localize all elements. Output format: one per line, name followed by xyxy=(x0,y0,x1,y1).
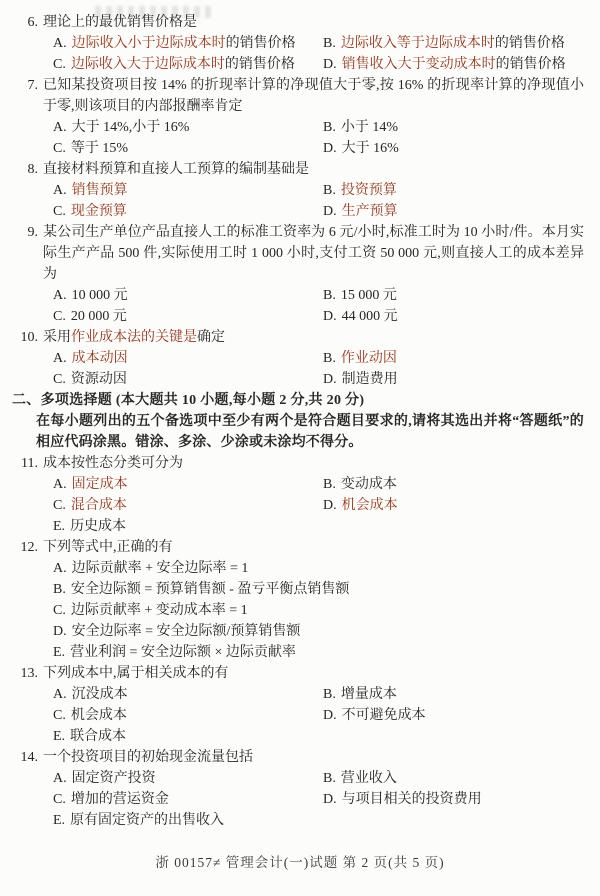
question-stem: 采用作业成本法的关键是确定 xyxy=(43,327,584,348)
stem-segment: 采用 xyxy=(43,330,71,345)
question-body: 一个投资项目的初始现金流量包括A.固定资产投资B.营业收入C.增加的营运资金D.… xyxy=(43,747,584,831)
option-text: 机会成本 xyxy=(342,498,398,513)
option-label: D. xyxy=(323,309,337,324)
option-text: 混合成本 xyxy=(71,498,127,513)
question-number: 9. xyxy=(12,222,43,243)
question-number: 10. xyxy=(12,327,43,348)
option-text: 的销售价格 xyxy=(496,57,566,72)
option-text: 44 000 元 xyxy=(342,309,398,324)
option-label: D. xyxy=(323,498,337,513)
option-text: 变动成本 xyxy=(341,477,397,492)
option-text: 边际贡献率 + 安全边际率 = 1 xyxy=(72,561,249,576)
option: D.安全边际率 = 安全边际额/预算销售额 xyxy=(53,621,584,642)
option: C.20 000 元 xyxy=(53,306,323,327)
option-text: 增量成本 xyxy=(341,687,397,702)
page-footer: 浙 00157≠ 管理会计(一)试题 第 2 页(共 5 页) xyxy=(0,852,600,873)
stem-segment: 一个投资项目的初始现金流量包括 xyxy=(43,750,253,765)
stem-segment: 成本按性态分类可分为 xyxy=(43,456,183,471)
option-text: 营业利润 = 安全边际额 × 边际贡献率 xyxy=(70,645,296,660)
option-label: A. xyxy=(53,771,67,786)
option-label: E. xyxy=(53,645,65,660)
exam-page: 6.理论上的最优销售价格是A.边际收入小于边际成本时的销售价格B.边际收入等于边… xyxy=(0,0,600,896)
option: D.制造费用 xyxy=(323,369,584,390)
option-text: 沉没成本 xyxy=(72,687,128,702)
option-label: A. xyxy=(53,183,67,198)
option-label: A. xyxy=(53,561,67,576)
option-text: 资源动因 xyxy=(71,372,127,387)
option: C.边际收入大于边际成本时的销售价格 xyxy=(53,54,323,75)
question-number: 8. xyxy=(12,159,43,180)
option: A.大于 14%,小于 16% xyxy=(53,117,323,138)
options-grid: A.固定成本B.变动成本C.混合成本D.机会成本E.历史成本 xyxy=(43,474,584,537)
option-text: 联合成本 xyxy=(70,729,126,744)
option: C.混合成本 xyxy=(53,495,323,516)
option: A.10 000 元 xyxy=(53,285,323,306)
question-stem: 直接材料预算和直接人工预算的编制基础是 xyxy=(43,159,584,180)
option-text: 不可避免成本 xyxy=(342,708,426,723)
question-number: 14. xyxy=(12,747,43,768)
question-stem: 下列等式中,正确的有 xyxy=(43,537,584,558)
option-text: 边际贡献率 + 变动成本率 = 1 xyxy=(71,603,248,618)
stem-segment: 下列成本中,属于相关成本的有 xyxy=(43,666,229,681)
option: C.资源动因 xyxy=(53,369,323,390)
option: E.联合成本 xyxy=(53,726,323,747)
option-text: 现金预算 xyxy=(71,204,127,219)
option-label: A. xyxy=(53,288,67,303)
option: D.机会成本 xyxy=(323,495,584,516)
option: A.成本动因 xyxy=(53,348,323,369)
question-stem: 成本按性态分类可分为 xyxy=(43,453,584,474)
option: A.固定资产投资 xyxy=(53,768,323,789)
option-text: 原有固定资产的出售收入 xyxy=(70,813,224,828)
option: A.边际贡献率 + 安全边际率 = 1 xyxy=(53,558,584,579)
option: E.原有固定资产的出售收入 xyxy=(53,810,323,831)
question-block: 9.某公司生产单位产品直接人工的标准工资率为 6 元/小时,标准工时为 10 小… xyxy=(12,222,584,327)
option: A.沉没成本 xyxy=(53,684,323,705)
option-text: 小于 14% xyxy=(341,120,398,135)
stem-segment: 确定 xyxy=(197,330,225,345)
question-stem: 某公司生产单位产品直接人工的标准工资率为 6 元/小时,标准工时为 10 小时/… xyxy=(43,222,584,285)
stem-segment: 已知某投资项目按 14% 的折现率计算的净现值大于零,按 16% 的折现率计算的… xyxy=(43,78,584,114)
question-number: 12. xyxy=(12,537,43,558)
option-text: 边际收入小于边际成本时 xyxy=(72,36,226,51)
question-body: 成本按性态分类可分为A.固定成本B.变动成本C.混合成本D.机会成本E.历史成本 xyxy=(43,453,584,537)
option: C.现金预算 xyxy=(53,201,323,222)
option-text: 制造费用 xyxy=(342,372,398,387)
option: D.销售收入大于变动成本时的销售价格 xyxy=(323,54,584,75)
option-text: 营业收入 xyxy=(341,771,397,786)
option-label: B. xyxy=(323,36,336,51)
option: B.边际收入等于边际成本时的销售价格 xyxy=(323,33,584,54)
option-text: 作业动因 xyxy=(341,351,397,366)
question-number: 11. xyxy=(12,453,43,474)
question-body: 某公司生产单位产品直接人工的标准工资率为 6 元/小时,标准工时为 10 小时/… xyxy=(43,222,584,327)
option-label: C. xyxy=(53,141,66,156)
option-label: D. xyxy=(323,708,337,723)
question-block: 10.采用作业成本法的关键是确定A.成本动因B.作业动因C.资源动因D.制造费用 xyxy=(12,327,584,390)
section-heading: 二、多项选择题 (本大题共 10 小题,每小题 2 分,共 20 分) xyxy=(12,390,584,411)
option-text: 的销售价格 xyxy=(495,36,565,51)
question-stem: 已知某投资项目按 14% 的折现率计算的净现值大于零,按 16% 的折现率计算的… xyxy=(43,75,584,117)
option-label: B. xyxy=(323,771,336,786)
option-text: 与项目相关的投资费用 xyxy=(342,792,482,807)
options-grid: A.边际收入小于边际成本时的销售价格B.边际收入等于边际成本时的销售价格C.边际… xyxy=(43,33,584,75)
option: B.小于 14% xyxy=(323,117,584,138)
option-label: B. xyxy=(323,351,336,366)
option: A.边际收入小于边际成本时的销售价格 xyxy=(53,33,323,54)
option: C.增加的营运资金 xyxy=(53,789,323,810)
option-label: A. xyxy=(53,36,67,51)
option: B.15 000 元 xyxy=(323,285,584,306)
question-block: 7.已知某投资项目按 14% 的折现率计算的净现值大于零,按 16% 的折现率计… xyxy=(12,75,584,159)
option-label: C. xyxy=(53,372,66,387)
option-label: B. xyxy=(323,477,336,492)
option-label: C. xyxy=(53,309,66,324)
option-label: D. xyxy=(323,204,337,219)
options-grid: A.销售预算B.投资预算C.现金预算D.生产预算 xyxy=(43,180,584,222)
option-label: E. xyxy=(53,519,65,534)
option-label: A. xyxy=(53,477,67,492)
option-label: B. xyxy=(53,582,66,597)
option: B.变动成本 xyxy=(323,474,584,495)
option: B.投资预算 xyxy=(323,180,584,201)
footer-text: 浙 00157≠ 管理会计(一)试题 第 2 页(共 5 页) xyxy=(155,855,444,870)
option-label: A. xyxy=(53,351,67,366)
stem-segment: 下列等式中,正确的有 xyxy=(43,540,173,555)
option-label: B. xyxy=(323,687,336,702)
option-label: C. xyxy=(53,792,66,807)
stem-segment: 直接材料预算和直接人工预算的编制基础是 xyxy=(43,162,309,177)
stem-segment: 作业成本法的关键是 xyxy=(71,330,197,345)
question-block: 6.理论上的最优销售价格是A.边际收入小于边际成本时的销售价格B.边际收入等于边… xyxy=(12,12,584,75)
question-stem: 下列成本中,属于相关成本的有 xyxy=(43,663,584,684)
option-label: B. xyxy=(323,120,336,135)
option: A.销售预算 xyxy=(53,180,323,201)
option-text: 15 000 元 xyxy=(341,288,397,303)
option-label: D. xyxy=(323,57,337,72)
question-body: 下列等式中,正确的有A.边际贡献率 + 安全边际率 = 1B.安全边际额 = 预… xyxy=(43,537,584,663)
option-text: 增加的营运资金 xyxy=(71,792,169,807)
option-text: 销售收入大于变动成本时 xyxy=(342,57,496,72)
option-label: E. xyxy=(53,813,65,828)
option-text: 的销售价格 xyxy=(225,57,295,72)
option: D.不可避免成本 xyxy=(323,705,584,726)
question-block: 11.成本按性态分类可分为A.固定成本B.变动成本C.混合成本D.机会成本E.历… xyxy=(12,453,584,537)
option: D.生产预算 xyxy=(323,201,584,222)
option-label: C. xyxy=(53,603,66,618)
option-text: 的销售价格 xyxy=(226,36,296,51)
option-label: C. xyxy=(53,708,66,723)
option-label: D. xyxy=(323,792,337,807)
option-text: 20 000 元 xyxy=(71,309,127,324)
stem-segment: 某公司生产单位产品直接人工的标准工资率为 6 元/小时,标准工时为 10 小时/… xyxy=(43,225,584,282)
question-body: 理论上的最优销售价格是A.边际收入小于边际成本时的销售价格B.边际收入等于边际成… xyxy=(43,12,584,75)
option-text: 固定资产投资 xyxy=(72,771,156,786)
option-label: B. xyxy=(323,288,336,303)
option-text: 安全边际率 = 安全边际额/预算销售额 xyxy=(72,624,301,639)
option-label: A. xyxy=(53,120,67,135)
option-text: 等于 15% xyxy=(71,141,128,156)
option-label: D. xyxy=(323,141,337,156)
option: C.等于 15% xyxy=(53,138,323,159)
option: D.与项目相关的投资费用 xyxy=(323,789,584,810)
option-text: 边际收入等于边际成本时 xyxy=(341,36,495,51)
question-block: 13.下列成本中,属于相关成本的有A.沉没成本B.增量成本C.机会成本D.不可避… xyxy=(12,663,584,747)
options-grid: A.边际贡献率 + 安全边际率 = 1B.安全边际额 = 预算销售额 - 盈亏平… xyxy=(43,558,584,663)
option: D.44 000 元 xyxy=(323,306,584,327)
option-text: 安全边际额 = 预算销售额 - 盈亏平衡点销售额 xyxy=(71,582,350,597)
question-body: 下列成本中,属于相关成本的有A.沉没成本B.增量成本C.机会成本D.不可避免成本… xyxy=(43,663,584,747)
question-stem: 一个投资项目的初始现金流量包括 xyxy=(43,747,584,768)
option-text: 大于 14%,小于 16% xyxy=(72,120,190,135)
option-text: 机会成本 xyxy=(71,708,127,723)
option: E.历史成本 xyxy=(53,516,323,537)
print-bleed-artifact xyxy=(95,6,215,18)
question-body: 采用作业成本法的关键是确定A.成本动因B.作业动因C.资源动因D.制造费用 xyxy=(43,327,584,390)
option: D.大于 16% xyxy=(323,138,584,159)
option: A.固定成本 xyxy=(53,474,323,495)
options-grid: A.沉没成本B.增量成本C.机会成本D.不可避免成本E.联合成本 xyxy=(43,684,584,747)
option: C.机会成本 xyxy=(53,705,323,726)
option-label: A. xyxy=(53,687,67,702)
options-grid: A.大于 14%,小于 16%B.小于 14%C.等于 15%D.大于 16% xyxy=(43,117,584,159)
options-grid: A.10 000 元B.15 000 元C.20 000 元D.44 000 元 xyxy=(43,285,584,327)
option: B.安全边际额 = 预算销售额 - 盈亏平衡点销售额 xyxy=(53,579,584,600)
option: B.增量成本 xyxy=(323,684,584,705)
option: B.营业收入 xyxy=(323,768,584,789)
option-label: C. xyxy=(53,498,66,513)
option-label: B. xyxy=(323,183,336,198)
question-block: 12.下列等式中,正确的有A.边际贡献率 + 安全边际率 = 1B.安全边际额 … xyxy=(12,537,584,663)
option: B.作业动因 xyxy=(323,348,584,369)
option-text: 边际收入大于边际成本时 xyxy=(71,57,225,72)
options-grid: A.成本动因B.作业动因C.资源动因D.制造费用 xyxy=(43,348,584,390)
option-text: 历史成本 xyxy=(70,519,126,534)
option-text: 生产预算 xyxy=(342,204,398,219)
section-instructions: 在每小题列出的五个备选项中至少有两个是符合题目要求的,请将其选出并将“答题纸”的… xyxy=(36,411,584,453)
option-label: C. xyxy=(53,57,66,72)
option-text: 固定成本 xyxy=(72,477,128,492)
option: E.营业利润 = 安全边际额 × 边际贡献率 xyxy=(53,642,584,663)
question-number: 7. xyxy=(12,75,43,96)
option-label: D. xyxy=(53,624,67,639)
option-label: E. xyxy=(53,729,65,744)
option-text: 大于 16% xyxy=(342,141,399,156)
question-number: 13. xyxy=(12,663,43,684)
option-text: 投资预算 xyxy=(341,183,397,198)
question-body: 直接材料预算和直接人工预算的编制基础是A.销售预算B.投资预算C.现金预算D.生… xyxy=(43,159,584,222)
option-text: 销售预算 xyxy=(72,183,128,198)
option-label: C. xyxy=(53,204,66,219)
question-block: 14.一个投资项目的初始现金流量包括A.固定资产投资B.营业收入C.增加的营运资… xyxy=(12,747,584,831)
question-number: 6. xyxy=(12,12,43,33)
question-block: 8.直接材料预算和直接人工预算的编制基础是A.销售预算B.投资预算C.现金预算D… xyxy=(12,159,584,222)
option: C.边际贡献率 + 变动成本率 = 1 xyxy=(53,600,584,621)
question-body: 已知某投资项目按 14% 的折现率计算的净现值大于零,按 16% 的折现率计算的… xyxy=(43,75,584,159)
option-text: 成本动因 xyxy=(72,351,128,366)
option-text: 10 000 元 xyxy=(72,288,128,303)
option-label: D. xyxy=(323,372,337,387)
question-list: 6.理论上的最优销售价格是A.边际收入小于边际成本时的销售价格B.边际收入等于边… xyxy=(12,12,584,831)
options-grid: A.固定资产投资B.营业收入C.增加的营运资金D.与项目相关的投资费用E.原有固… xyxy=(43,768,584,831)
